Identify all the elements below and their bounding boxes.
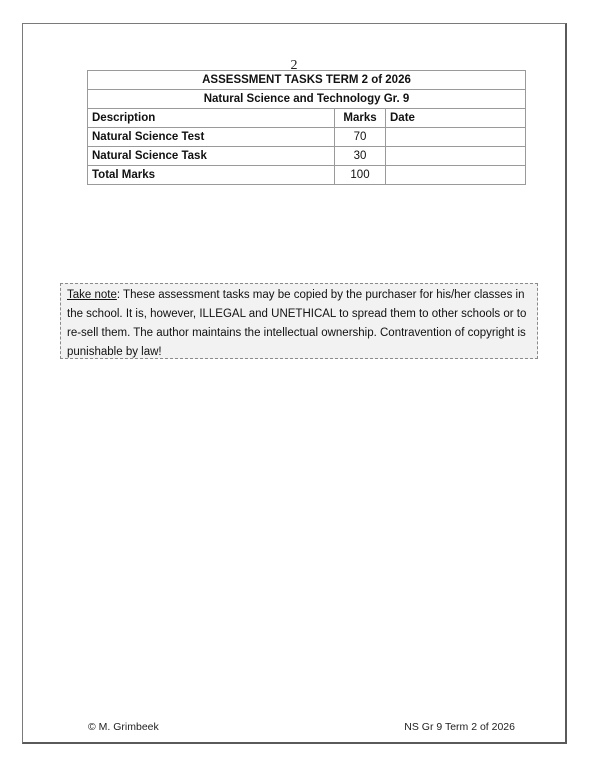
row-date bbox=[386, 147, 526, 166]
table-total-row: Total Marks 100 bbox=[88, 166, 526, 185]
footer-doc-title: NS Gr 9 Term 2 of 2026 bbox=[404, 721, 515, 733]
row-description: Natural Science Task bbox=[88, 147, 335, 166]
note-label: Take note bbox=[67, 289, 117, 301]
total-description: Total Marks bbox=[88, 166, 335, 185]
assessment-table: ASSESSMENT TASKS TERM 2 of 2026 Natural … bbox=[87, 70, 526, 185]
table-row: Natural Science Task 30 bbox=[88, 147, 526, 166]
table-row: Natural Science Test 70 bbox=[88, 128, 526, 147]
table-header-row: Description Marks Date bbox=[88, 109, 526, 128]
row-marks: 30 bbox=[335, 147, 386, 166]
footer-author: © M. Grimbeek bbox=[88, 721, 159, 733]
row-marks: 70 bbox=[335, 128, 386, 147]
note-text: : These assessment tasks may be copied b… bbox=[67, 289, 526, 358]
row-description: Natural Science Test bbox=[88, 128, 335, 147]
table-subtitle-row: Natural Science and Technology Gr. 9 bbox=[88, 90, 526, 109]
table-subtitle: Natural Science and Technology Gr. 9 bbox=[88, 90, 526, 109]
table-title: ASSESSMENT TASKS TERM 2 of 2026 bbox=[88, 71, 526, 90]
header-description: Description bbox=[88, 109, 335, 128]
total-marks: 100 bbox=[335, 166, 386, 185]
header-date: Date bbox=[386, 109, 526, 128]
row-date bbox=[386, 128, 526, 147]
total-date bbox=[386, 166, 526, 185]
table-title-row: ASSESSMENT TASKS TERM 2 of 2026 bbox=[88, 71, 526, 90]
header-marks: Marks bbox=[335, 109, 386, 128]
document-page: 2 ASSESSMENT TASKS TERM 2 of 2026 Natura… bbox=[22, 23, 567, 744]
copyright-note: Take note: These assessment tasks may be… bbox=[60, 283, 538, 359]
